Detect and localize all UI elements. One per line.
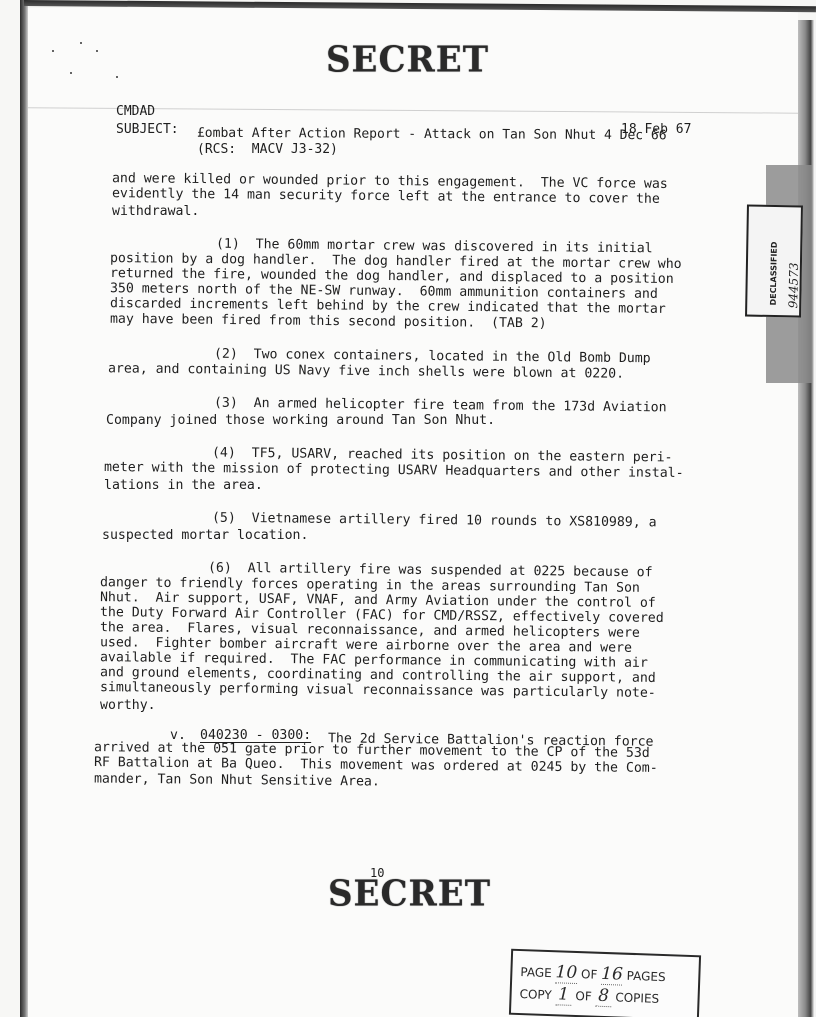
text-line: Company joined those working around Tan …: [106, 413, 495, 428]
text-line: worthy.: [100, 698, 156, 713]
text-line: suspected mortar location.: [102, 528, 308, 543]
subject-line-2: (RCS: MACV J3-32): [197, 142, 338, 157]
copy-label: COPY: [519, 987, 552, 1002]
text-line: lations in the area.: [104, 478, 263, 493]
subject-label: SUBJECT:: [116, 122, 179, 137]
scan-speck: [80, 42, 82, 44]
document-date: 18 Feb 67: [621, 122, 691, 137]
scan-speck: [70, 72, 72, 74]
declass-label: DECLASSIFIED: [769, 205, 780, 305]
total-pages: 16: [601, 964, 623, 986]
scan-speck: [96, 50, 98, 52]
copy-value: 1: [555, 984, 572, 1006]
page-label: PAGE: [520, 965, 552, 980]
declassification-stamp: DECLASSIFIED 944573: [745, 205, 803, 318]
text-line: withdrawal.: [112, 204, 199, 219]
page-copy-box: PAGE 10 OF 16 PAGES COPY 1 OF 8 COPIES: [509, 949, 701, 1017]
pages-label: PAGES: [626, 969, 665, 984]
scan-speck: [52, 50, 54, 52]
scan-speck: [116, 76, 118, 78]
declass-authority: 944573: [786, 208, 802, 308]
copy-count-row: COPY 1 OF 8 COPIES: [519, 983, 659, 1009]
office-code: CMDAD: [116, 104, 155, 119]
classification-bottom: SECRET: [328, 873, 491, 915]
classification-top: SECRET: [326, 39, 489, 81]
copy-of-label: OF: [575, 989, 592, 1004]
page-value: 10: [555, 962, 577, 984]
total-copies: 8: [595, 986, 612, 1008]
copies-label: COPIES: [615, 990, 659, 1006]
subject-line-1: £ombat After Action Report - Attack on T…: [197, 126, 667, 143]
text-line: mander, Tan Son Nhut Sensitive Area.: [94, 772, 380, 790]
scan-left-edge: [20, 0, 28, 1017]
page-of-label: OF: [581, 967, 598, 982]
